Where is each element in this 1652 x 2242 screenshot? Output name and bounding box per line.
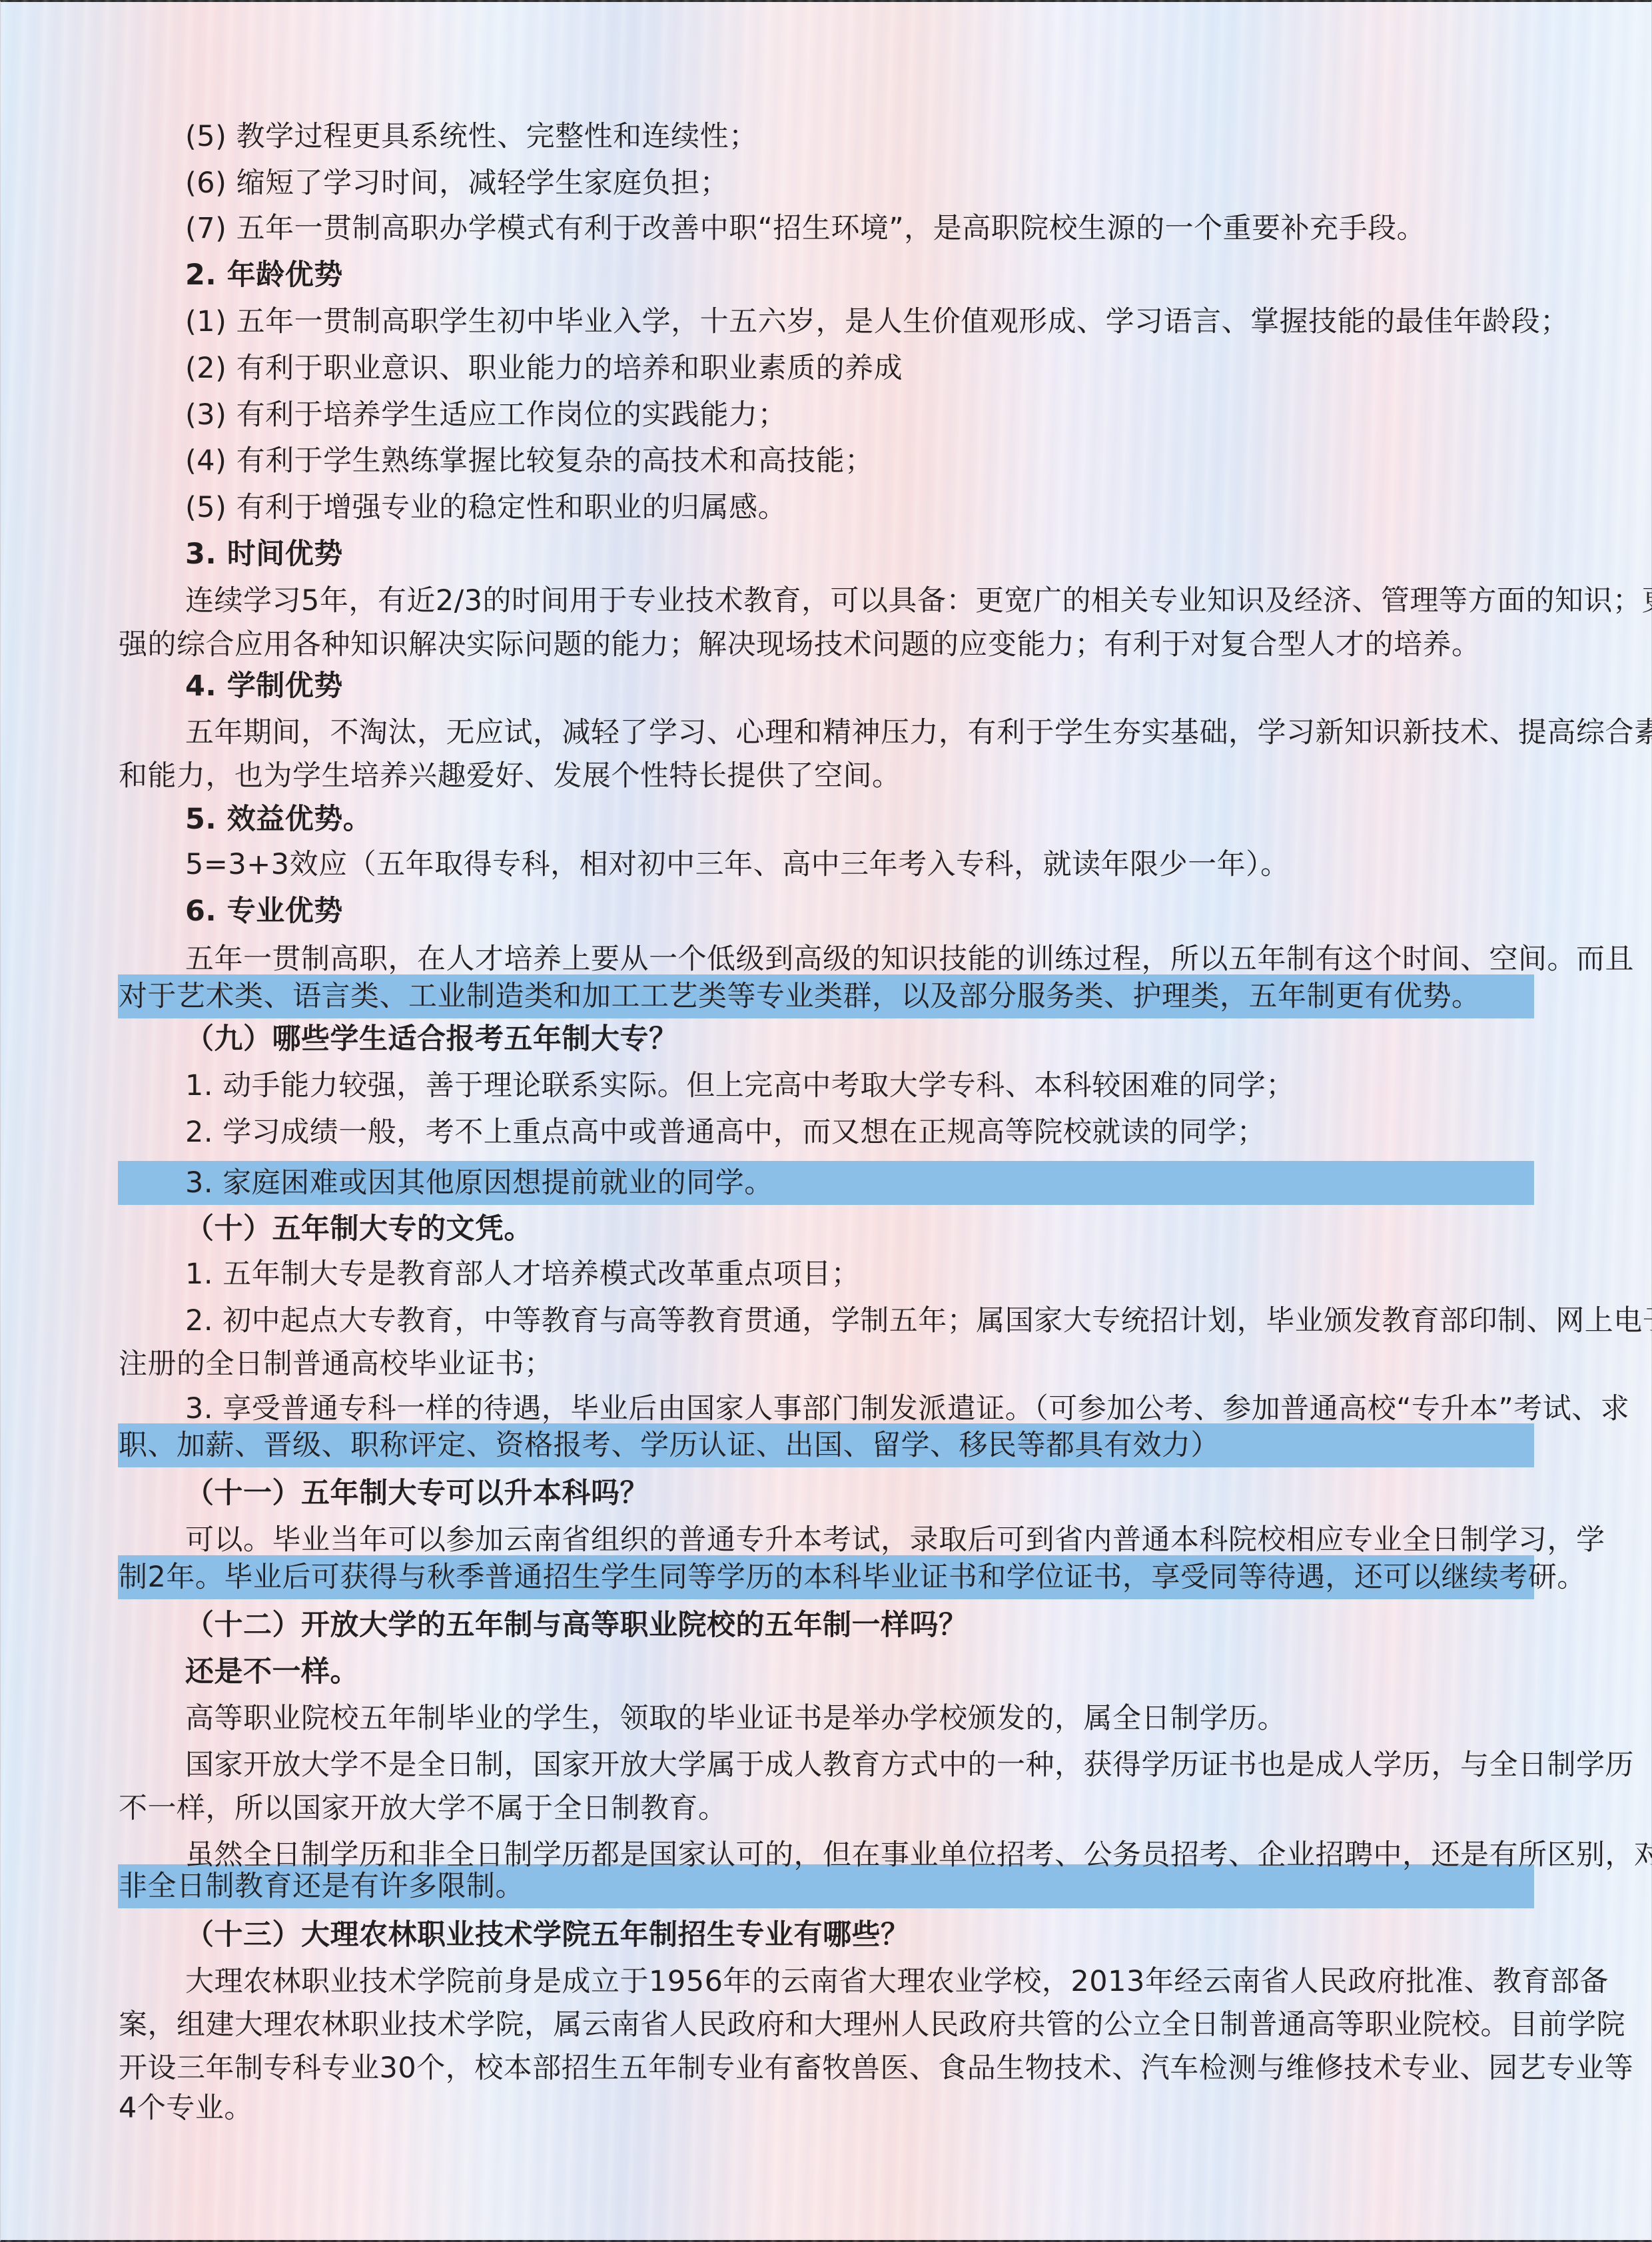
list-item: 3. 享受普通专科一样的待遇，毕业后由国家人事部门制发派遣证。（可参加公考、参加… bbox=[185, 1389, 1533, 1429]
list-item: (7) 五年一贯制高职办学模式有利于改善中职“招生环境”，是高职院校生源的一个重… bbox=[185, 208, 1426, 248]
paragraph-line: 4个专业。 bbox=[119, 2088, 1533, 2128]
list-item: (3) 有利于培养学生适应工作岗位的实践能力； bbox=[185, 395, 787, 435]
list-item: 2. 学习成绩一般，考不上重点高中或普通高中，而又想在正规高等院校就读的同学； bbox=[185, 1112, 1266, 1152]
paragraph-line-highlighted: 非全日制教育还是有许多限制。 bbox=[119, 1866, 1533, 1906]
paragraph-line: 连续学习5年，有近2/3的时间用于专业技术教育，可以具备：更宽广的相关专业知识及… bbox=[185, 581, 1533, 621]
paragraph-line: 高等职业院校五年制毕业的学生，领取的毕业证书是举办学校颁发的，属全日制学历。 bbox=[185, 1698, 1286, 1738]
list-item: (2) 有利于职业意识、职业能力的培养和职业素质的养成 bbox=[185, 348, 903, 388]
list-item: 2. 初中起点大专教育，中等教育与高等教育贯通，学制五年；属国家大专统招计划，毕… bbox=[185, 1301, 1533, 1341]
section-heading: 6. 专业优势 bbox=[185, 891, 343, 931]
paragraph-line: 和能力，也为学生培养兴趣爱好、发展个性特长提供了空间。 bbox=[119, 756, 1533, 796]
question-heading: （十二）开放大学的五年制与高等职业院校的五年制一样吗？ bbox=[185, 1605, 968, 1645]
question-heading: （十一）五年制大专可以升本科吗？ bbox=[185, 1473, 649, 1513]
paragraph-line: 案，组建大理农林职业技术学院，属云南省人民政府和大理州人民政府共管的公立全日制普… bbox=[119, 2005, 1533, 2045]
list-item: (5) 有利于增强专业的稳定性和职业的归属感。 bbox=[185, 488, 787, 528]
section-heading: 3. 时间优势 bbox=[185, 534, 343, 574]
paragraph-line: 5=3+3效应（五年取得专科，相对初中三年、高中三年考入专科，就读年限少一年）。 bbox=[185, 845, 1290, 885]
section-heading: 5. 效益优势。 bbox=[185, 799, 372, 839]
question-heading: （十）五年制大专的文凭。 bbox=[185, 1209, 533, 1249]
paragraph-line: 国家开放大学不是全日制，国家开放大学属于成人教育方式中的一种，获得学历证书也是成… bbox=[185, 1745, 1533, 1785]
list-item-highlighted: 3. 家庭困难或因其他原因想提前就业的同学。 bbox=[185, 1163, 773, 1203]
paragraph-line: 可以。毕业当年可以参加云南省组织的普通专升本考试，录取后可到省内普通本科院校相应… bbox=[185, 1520, 1533, 1560]
answer-heading: 还是不一样。 bbox=[185, 1652, 359, 1692]
list-item: (6) 缩短了学习时间，减轻学生家庭负担； bbox=[185, 163, 729, 203]
list-item: 1. 五年制大专是教育部人才培养模式改革重点项目； bbox=[185, 1254, 860, 1294]
paragraph-line-highlighted: 制2年。毕业后可获得与秋季普通招生学生同等学历的本科毕业证书和学位证书，享受同等… bbox=[119, 1557, 1533, 1597]
list-item: 注册的全日制普通高校毕业证书； bbox=[119, 1344, 1533, 1384]
list-item: (4) 有利于学生熟练掌握比较复杂的高技术和高技能； bbox=[185, 441, 874, 481]
paragraph-line: 五年期间，不淘汰，无应试，减轻了学习、心理和精神压力，有利于学生夯实基础，学习新… bbox=[185, 713, 1533, 753]
list-item: (5) 教学过程更具系统性、完整性和连续性； bbox=[185, 117, 758, 157]
paragraph-line: 不一样，所以国家开放大学不属于全日制教育。 bbox=[119, 1788, 1533, 1828]
paragraph-line: 五年一贯制高职，在人才培养上要从一个低级到高级的知识技能的训练过程，所以五年制有… bbox=[185, 939, 1533, 979]
section-heading: 2. 年龄优势 bbox=[185, 255, 343, 295]
paragraph-line: 开设三年制专科专业30个，校本部招生五年制专业有畜牧兽医、食品生物技术、汽车检测… bbox=[119, 2048, 1533, 2088]
list-item-highlighted: 职、加薪、晋级、职称评定、资格报考、学历认证、出国、留学、移民等都具有效力） bbox=[119, 1425, 1533, 1465]
list-item: 1. 动手能力较强，善于理论联系实际。但上完高中考取大学专科、本科较困难的同学； bbox=[185, 1066, 1295, 1106]
section-heading: 4. 学制优势 bbox=[185, 666, 343, 706]
question-heading: （十三）大理农林职业技术学院五年制招生专业有哪些？ bbox=[185, 1915, 910, 1955]
paragraph-line: 强的综合应用各种知识解决实际问题的能力；解决现场技术问题的应变能力；有利于对复合… bbox=[119, 625, 1533, 665]
question-heading: （九）哪些学生适合报考五年制大专？ bbox=[185, 1019, 678, 1059]
paragraph-line-highlighted: 对于艺术类、语言类、工业制造类和加工工艺类等专业类群，以及部分服务类、护理类，五… bbox=[119, 976, 1533, 1016]
list-item: (1) 五年一贯制高职学生初中毕业入学，十五六岁，是人生价值观形成、学习语言、掌… bbox=[185, 302, 1569, 342]
paragraph-line: 大理农林职业技术学院前身是成立于1956年的云南省大理农业学校，2013年经云南… bbox=[185, 1962, 1533, 2002]
